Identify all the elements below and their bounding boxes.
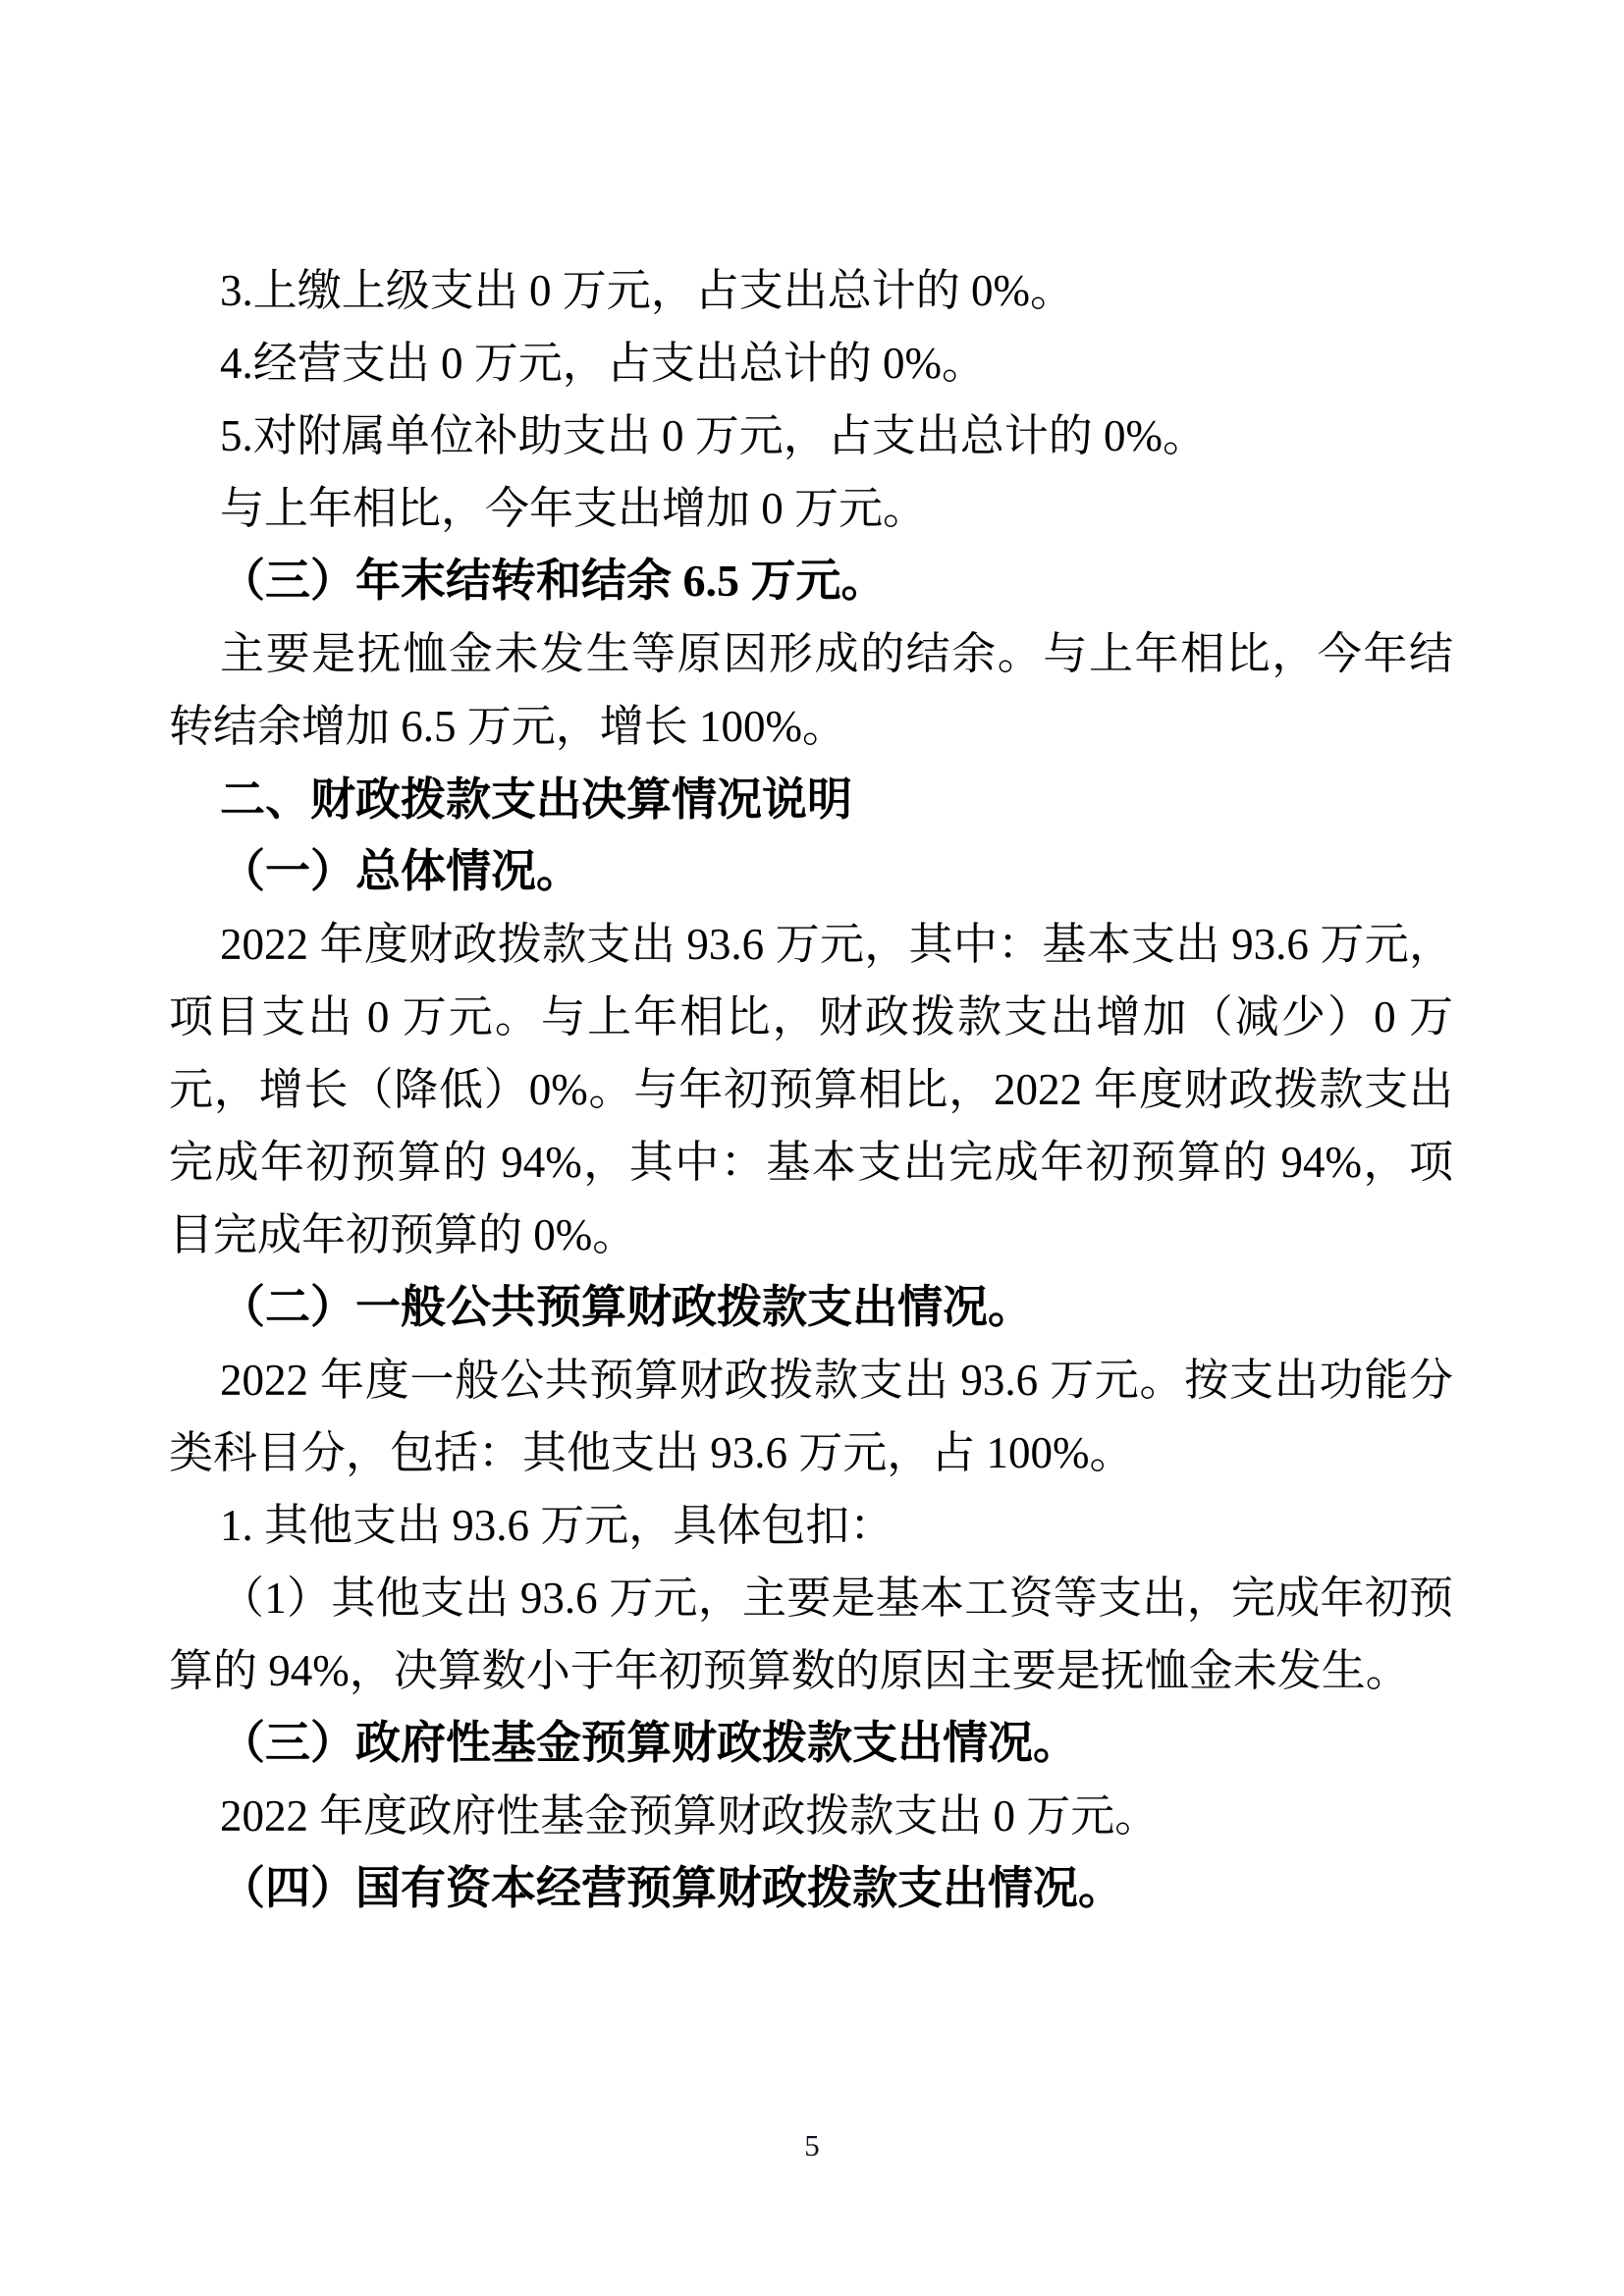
- body-paragraph: （1）其他支出 93.6 万元，主要是基本工资等支出，完成年初预算的 94%，决…: [169, 1562, 1453, 1707]
- subsection-heading: （四）国有资本经营预算财政拨款支出情况。: [169, 1852, 1453, 1925]
- body-paragraph: 与上年相比，今年支出增加 0 万元。: [169, 472, 1453, 545]
- document-body: 3.上缴上级支出 0 万元，占支出总计的 0%。4.经营支出 0 万元，占支出总…: [169, 254, 1453, 1925]
- page-number: 5: [0, 2128, 1624, 2163]
- body-paragraph: 1. 其他支出 93.6 万元，具体包扣：: [169, 1489, 1453, 1562]
- body-paragraph: 2022 年度财政拨款支出 93.6 万元，其中：基本支出 93.6 万元，项目…: [169, 908, 1453, 1271]
- subsection-heading: （三）政府性基金预算财政拨款支出情况。: [169, 1707, 1453, 1780]
- body-paragraph: 2022 年度政府性基金预算财政拨款支出 0 万元。: [169, 1780, 1453, 1852]
- subsection-heading: （二）一般公共预算财政拨款支出情况。: [169, 1271, 1453, 1344]
- body-paragraph: 5.对附属单位补助支出 0 万元，占支出总计的 0%。: [169, 400, 1453, 472]
- subsection-heading: （一）总体情况。: [169, 835, 1453, 908]
- document-page: 3.上缴上级支出 0 万元，占支出总计的 0%。4.经营支出 0 万元，占支出总…: [0, 0, 1624, 2296]
- subsection-heading: （三）年末结转和结余 6.5 万元。: [169, 545, 1453, 617]
- section-heading: 二、财政拨款支出决算情况说明: [169, 763, 1453, 835]
- body-paragraph: 2022 年度一般公共预算财政拨款支出 93.6 万元。按支出功能分类科目分，包…: [169, 1344, 1453, 1489]
- body-paragraph: 3.上缴上级支出 0 万元，占支出总计的 0%。: [169, 254, 1453, 327]
- body-paragraph: 4.经营支出 0 万元，占支出总计的 0%。: [169, 327, 1453, 400]
- body-paragraph: 主要是抚恤金未发生等原因形成的结余。与上年相比，今年结转结余增加 6.5 万元，…: [169, 617, 1453, 763]
